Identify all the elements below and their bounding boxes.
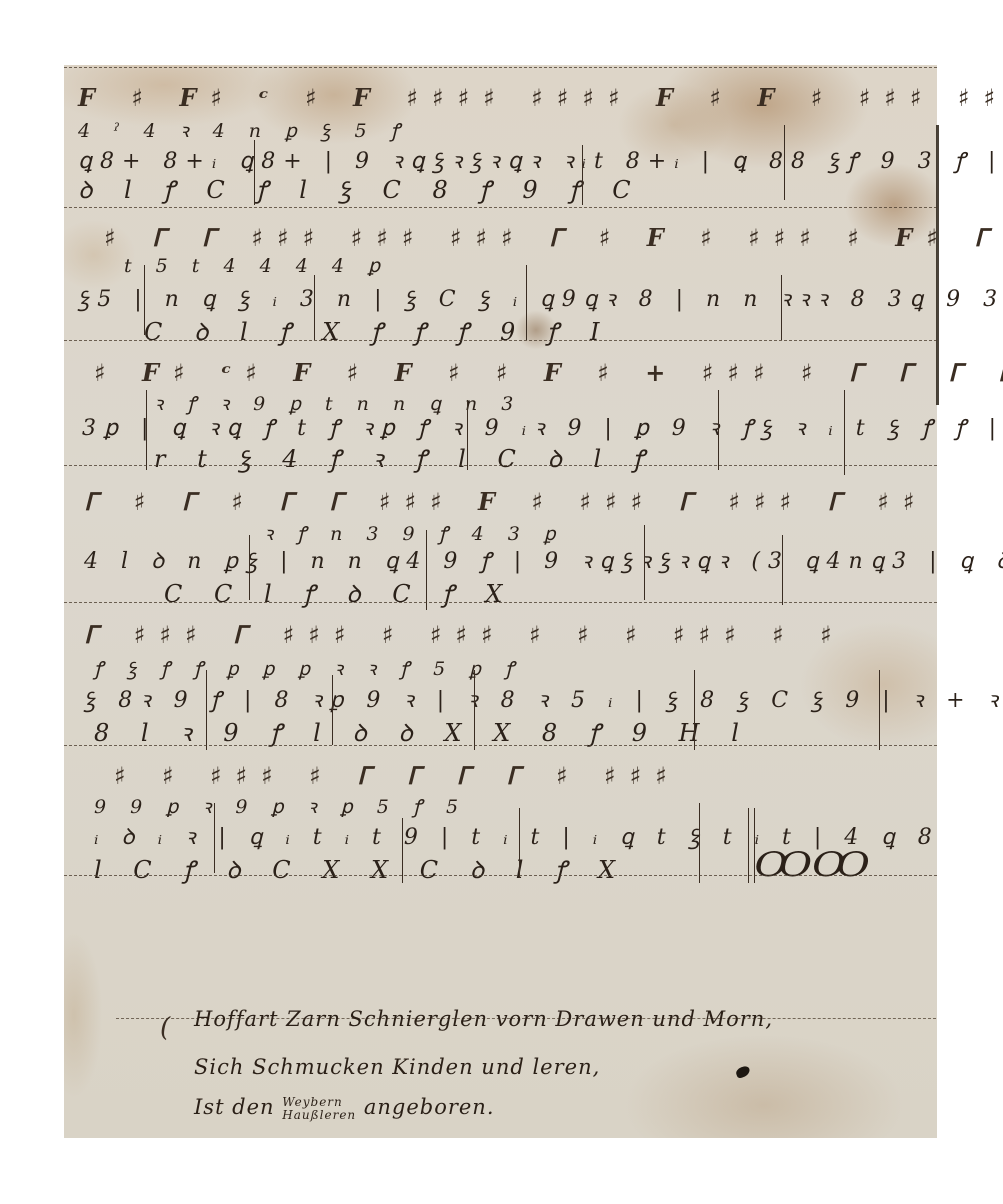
verse-line-3: Ist den Weybern Haußleren angeboren. (194, 1095, 495, 1122)
barline (782, 535, 783, 605)
barline (402, 818, 403, 883)
tab-course-upper: t 5 t 4 4 4 4 ꝑ (124, 255, 997, 277)
tab-course-lower: ꝺ l ꝭ C ꝭ l ꝣ C 8 ꝭ 9 ꝭ C (78, 173, 951, 206)
barline (784, 125, 785, 200)
staff-rule-6-bottom (64, 875, 937, 876)
tab-course-main: ꝣ5 | n ꝗ ꝣ ᵢ 3 n | ꝣ C ꝣ ᵢ ꝗ9ꝗꝛ 8 | n n … (78, 283, 951, 313)
verse-line-2: Sich Schmucken Kinden und leren, (194, 1055, 600, 1079)
barline (214, 803, 215, 873)
rhythm-signs: ♯ ᒥ ᒥ ♯♯♯ ♯♯♯ ♯♯♯ ᒥ ♯ F ♯ ♯♯♯ ♯ F♯ ᒥ (104, 223, 977, 252)
barline (332, 675, 333, 745)
barline (426, 530, 427, 610)
rhythm-signs: ᒥ ♯♯♯ ᒥ ♯♯♯ ♯ ♯♯♯ ♯ ♯ ♯ ♯♯♯ ♯ ♯ (84, 620, 957, 649)
tab-course-main: 4 l ꝺ n ꝑꝣ | n n ꝗ4 9 ꝭ | 9 ꝛꝗꝣꝛꝣꝛꝗꝛ (3 … (84, 545, 957, 575)
verse-line-3-start: Ist den (194, 1095, 275, 1119)
verse-line-1: Hoffart Zarn Schnierglen vorn Drawen und… (194, 1007, 773, 1031)
barline (694, 670, 695, 750)
barline (206, 670, 207, 750)
barline (781, 275, 782, 340)
tab-course-lower: C C l ꝭ ꝺ C ꝭ X (164, 577, 1003, 610)
barline (644, 525, 645, 600)
tab-course-upper: ꝛ ꝭ n 3 9 ꝭ 4 3 ꝑ (264, 520, 1003, 546)
barline (249, 535, 250, 600)
barline (146, 390, 147, 470)
tab-course-upper: 4 ˀ 4 ꝛ 4 n ꝑ ꝣ 5 ꝭ (78, 117, 951, 143)
barline (144, 265, 145, 335)
barline (582, 145, 583, 205)
final-flourish-signum: ꝎꝎ (754, 845, 870, 885)
staff-rule-1-bottom (64, 207, 937, 208)
opening-parenthesis-mark: ( (160, 1013, 170, 1043)
tab-course-lower: C ꝺ l ꝭ X ꝭ ꝭ ꝭ 9 ꝭ I (144, 315, 1003, 348)
staff-rule-2-bottom (64, 340, 937, 341)
barline (526, 265, 527, 340)
rhythm-signs: ᒥ ♯ ᒥ ♯ ᒥ ᒥ ♯♯♯ F ♯ ♯♯♯ ᒥ ♯♯♯ ᒥ ♯♯ (84, 487, 957, 516)
barline (314, 275, 315, 340)
manuscript-page: F ♯ F♯ ᶜ ♯ F ♯♯♯♯ ♯♯♯♯ F ♯ F ♯ ♯♯♯ ♯♯♯ ♯… (64, 65, 937, 1138)
staff-rule-3-bottom (64, 465, 937, 466)
barline (519, 808, 520, 878)
rhythm-signs: ♯ F♯ ᶜ♯ F ♯ F ♯ ♯ F ♯ + ♯♯♯ ♯ ᒥ ᒥ ᒥ ᒥ 4 … (94, 358, 967, 387)
tab-course-main: ꝣ 8ꝛ 9 ꝭ | 8 ꝛꝑ 9 ꝛ | ꝛ 8 ꝛ 5 ᵢ | ꝣ 8 ꝣ … (84, 684, 957, 714)
barline (699, 803, 700, 883)
barline (718, 390, 719, 470)
verse-variant-bracket: Weybern Haußleren (282, 1096, 356, 1122)
variant-top: Weybern (282, 1096, 356, 1109)
barline (844, 390, 845, 475)
verse-line-3-end: angeboren. (364, 1095, 495, 1119)
tab-course-main: 3ꝑ | ꝗ ꝛꝗ ꝭ t ꝭ ꝛꝑ ꝭ ꝛ 9 ᵢꝛ 9 | ꝑ 9 ꝛ ꝭꝣ… (82, 412, 955, 442)
rhythm-signs: ♯ ♯ ♯♯♯ ♯ ᒥ ᒥ ᒥ ᒥ ♯ ♯♯♯ (114, 761, 987, 790)
variant-bottom: Haußleren (282, 1109, 356, 1122)
tab-course-main: ꝗ8+ 8+ᵢ ꝗ8+ | 9 ꝛꝗꝣꝛꝣꝛꝗꝛ ꝛᵢt 8+ᵢ | ꝗ 88 … (78, 145, 951, 175)
ink-blot (735, 1065, 752, 1079)
staff-rule-4-bottom (64, 602, 937, 603)
barline (467, 400, 468, 470)
rhythm-signs: F ♯ F♯ ᶜ ♯ F ♯♯♯♯ ♯♯♯♯ F ♯ F ♯ ♯♯♯ ♯♯♯ ♯… (78, 83, 951, 112)
tab-course-upper: ꝭ ꝣ ꝭ ꝭ ꝑ ꝑ ꝑ ꝛ ꝛ ꝭ 5 ꝑ ꝭ (94, 655, 967, 681)
barline (474, 670, 475, 750)
tab-course-upper: 9 9 ꝑ ꝛ 9 ꝑ ꝛ ꝑ 5 ꝭ 5 (94, 793, 967, 819)
barline (879, 670, 880, 750)
staff-rule-1-top (64, 67, 937, 68)
tab-course-lower: r t ꝣ 4 ꝭ ꝛ ꝭ l C ꝺ l ꝭ (154, 442, 1003, 475)
barline (254, 140, 255, 205)
barline (748, 808, 749, 883)
staff-rule-5-bottom (64, 745, 937, 746)
